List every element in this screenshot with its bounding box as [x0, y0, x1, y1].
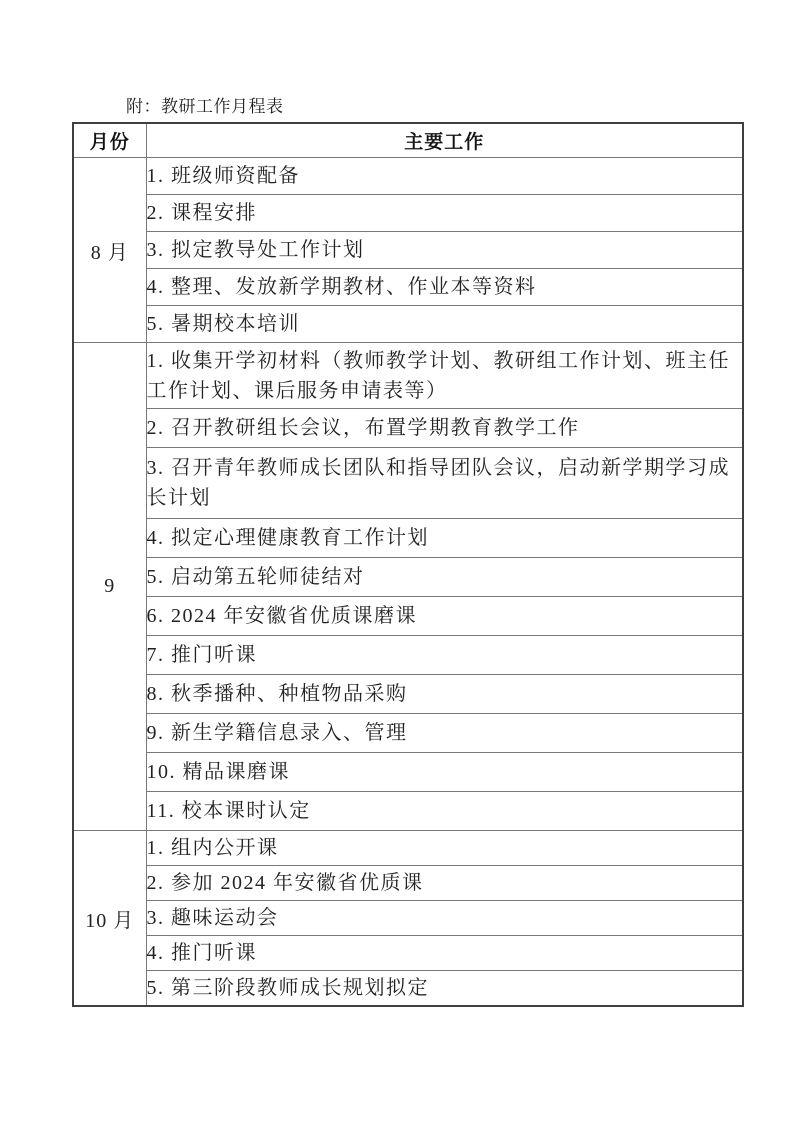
work-item-cell: 4. 拟定心理健康教育工作计划 — [146, 519, 743, 558]
month-cell-august: 8 月 — [73, 158, 146, 343]
table-row: 4. 拟定心理健康教育工作计划 — [73, 519, 743, 558]
table-row: 10 月 1. 组内公开课 — [73, 831, 743, 866]
work-item-cell: 4. 整理、发放新学期教材、作业本等资料 — [146, 269, 743, 306]
work-item-cell: 11. 校本课时认定 — [146, 792, 743, 831]
table-row: 3. 趣味运动会 — [73, 901, 743, 936]
work-item-cell: 5. 暑期校本培训 — [146, 306, 743, 343]
work-item-cell: 3. 拟定教导处工作计划 — [146, 232, 743, 269]
month-cell-september: 9 — [73, 343, 146, 831]
document-page: 附：教研工作月程表 月份 主要工作 8 月 1. 班级师资配备 2. 课程安排 … — [0, 0, 793, 1122]
work-item-cell: 7. 推门听课 — [146, 636, 743, 675]
work-item-cell: 5. 启动第五轮师徒结对 — [146, 558, 743, 597]
table-row: 10. 精品课磨课 — [73, 753, 743, 792]
table-row: 11. 校本课时认定 — [73, 792, 743, 831]
table-row: 5. 启动第五轮师徒结对 — [73, 558, 743, 597]
work-item-cell: 10. 精品课磨课 — [146, 753, 743, 792]
work-item-cell: 1. 组内公开课 — [146, 831, 743, 866]
table-row: 7. 推门听课 — [73, 636, 743, 675]
work-item-cell: 6. 2024 年安徽省优质课磨课 — [146, 597, 743, 636]
work-item-cell: 3. 趣味运动会 — [146, 901, 743, 936]
monthly-schedule-table: 月份 主要工作 8 月 1. 班级师资配备 2. 课程安排 3. 拟定教导处工作… — [72, 122, 744, 1007]
column-header-month: 月份 — [73, 123, 146, 158]
table-row: 2. 参加 2024 年安徽省优质课 — [73, 866, 743, 901]
work-item-cell: 5. 第三阶段教师成长规划拟定 — [146, 971, 743, 1007]
header-row: 月份 主要工作 — [73, 123, 743, 158]
attachment-title: 附：教研工作月程表 — [126, 92, 284, 117]
work-item-cell: 2. 参加 2024 年安徽省优质课 — [146, 866, 743, 901]
table-row: 6. 2024 年安徽省优质课磨课 — [73, 597, 743, 636]
table-row: 3. 召开青年教师成长团队和指导团队会议，启动新学期学习成 长计划 — [73, 448, 743, 519]
work-item-cell: 2. 课程安排 — [146, 195, 743, 232]
table-row: 3. 拟定教导处工作计划 — [73, 232, 743, 269]
month-cell-october: 10 月 — [73, 831, 146, 1007]
work-item-cell: 3. 召开青年教师成长团队和指导团队会议，启动新学期学习成 长计划 — [146, 448, 743, 519]
work-item-cell: 1. 班级师资配备 — [146, 158, 743, 195]
table-row: 8 月 1. 班级师资配备 — [73, 158, 743, 195]
table-row: 2. 召开教研组长会议，布置学期教育教学工作 — [73, 409, 743, 448]
work-item-cell: 1. 收集开学初材料（教师教学计划、教研组工作计划、班主任 工作计划、课后服务申… — [146, 343, 743, 409]
column-header-work: 主要工作 — [146, 123, 743, 158]
work-item-cell: 2. 召开教研组长会议，布置学期教育教学工作 — [146, 409, 743, 448]
work-item-cell: 8. 秋季播种、种植物品采购 — [146, 675, 743, 714]
table-row: 5. 暑期校本培训 — [73, 306, 743, 343]
table-row: 9 1. 收集开学初材料（教师教学计划、教研组工作计划、班主任 工作计划、课后服… — [73, 343, 743, 409]
table-row: 4. 推门听课 — [73, 936, 743, 971]
table-row: 4. 整理、发放新学期教材、作业本等资料 — [73, 269, 743, 306]
table-row: 8. 秋季播种、种植物品采购 — [73, 675, 743, 714]
work-item-cell: 9. 新生学籍信息录入、管理 — [146, 714, 743, 753]
table-row: 9. 新生学籍信息录入、管理 — [73, 714, 743, 753]
table-row: 2. 课程安排 — [73, 195, 743, 232]
table-row: 5. 第三阶段教师成长规划拟定 — [73, 971, 743, 1007]
work-item-cell: 4. 推门听课 — [146, 936, 743, 971]
